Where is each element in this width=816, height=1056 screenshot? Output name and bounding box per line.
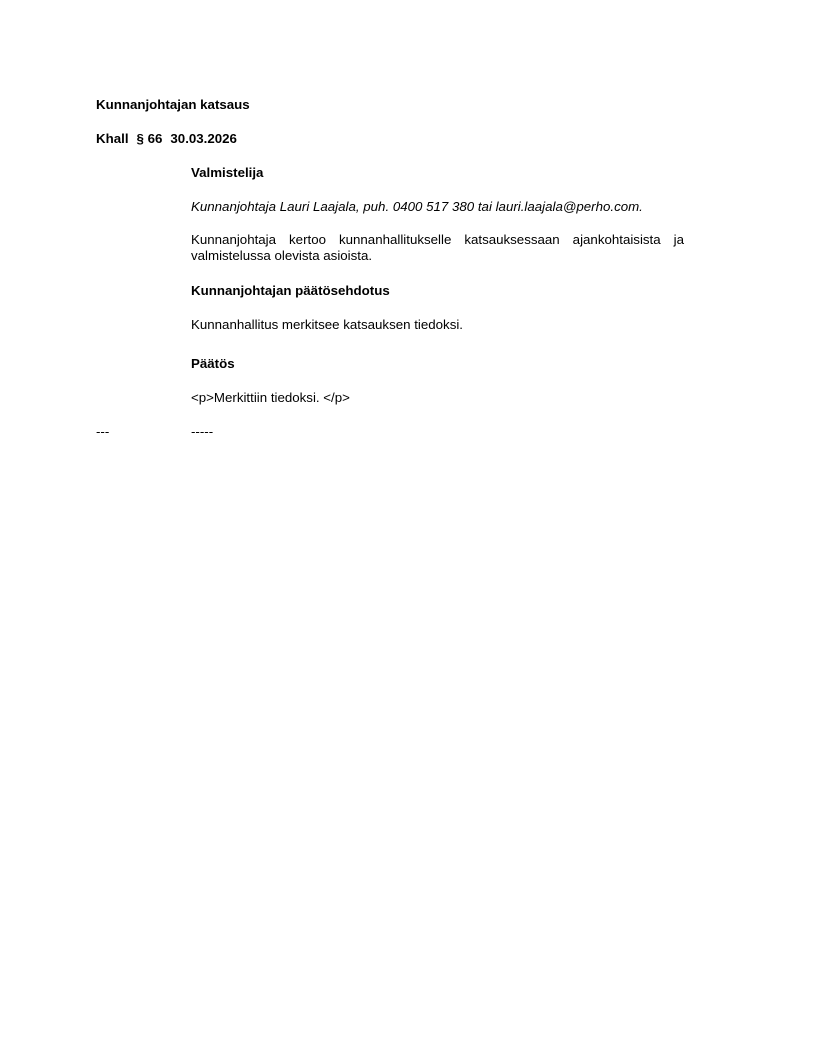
preparer-heading: Valmistelija <box>191 165 263 181</box>
meeting-body: Khall <box>96 131 129 146</box>
decision-heading: Päätös <box>191 356 235 372</box>
preparer-description: Kunnanjohtaja kertoo kunnanhallitukselle… <box>191 232 684 264</box>
proposal-text: Kunnanhallitus merkitsee katsauksen tied… <box>191 317 463 333</box>
meeting-date: 30.03.2026 <box>170 131 237 146</box>
decision-text: <p>Merkittiin tiedoksi. </p> <box>191 390 350 406</box>
document-title: Kunnanjohtajan katsaus <box>96 97 250 113</box>
meeting-meta: Khall§ 6630.03.2026 <box>96 131 237 147</box>
preparer-contact: Kunnanjohtaja Lauri Laajala, puh. 0400 5… <box>191 199 643 215</box>
section-number: § 66 <box>137 131 163 146</box>
footer-separator-right: ----- <box>191 424 213 440</box>
footer-separator-left: --- <box>96 424 109 440</box>
proposal-heading: Kunnanjohtajan päätösehdotus <box>191 283 390 299</box>
